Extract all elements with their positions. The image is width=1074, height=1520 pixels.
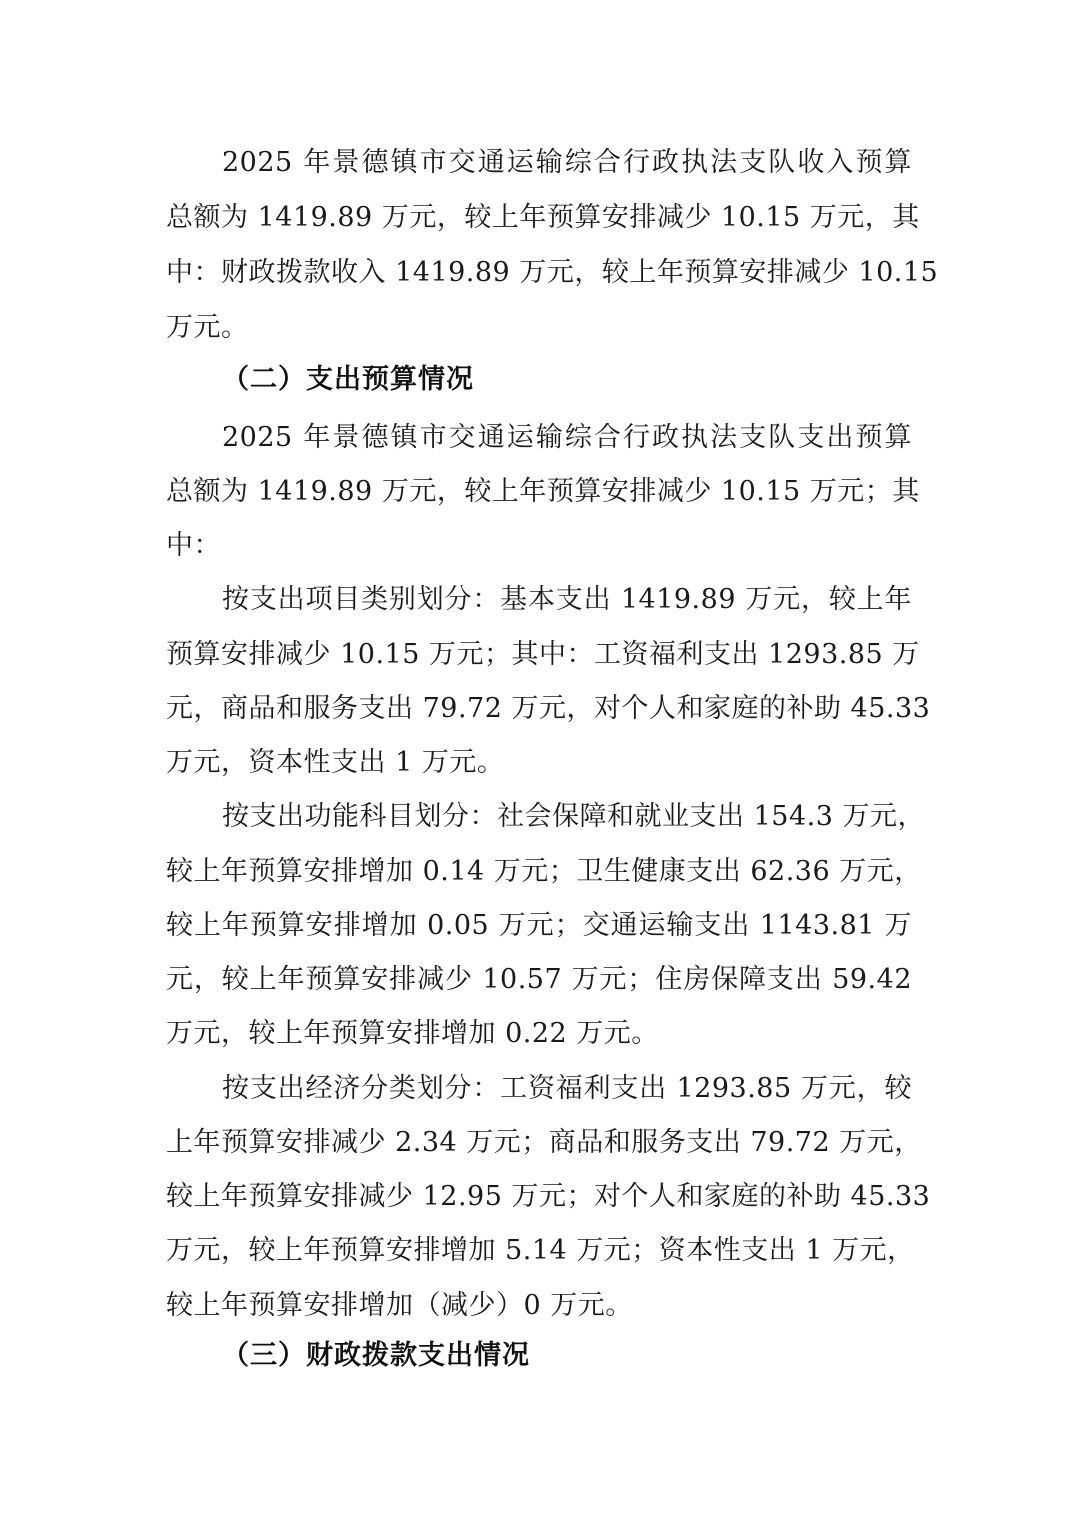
text-line: 万元，较上年预算安排增加 0.22 万元。 (166, 1014, 912, 1054)
text-line: 总额为 1419.89 万元，较上年预算安排减少 10.15 万元，其 (166, 198, 912, 238)
text-line: 元，较上年预算安排减少 10.57 万元；住房保障支出 59.42 (166, 960, 912, 1000)
text-line: 较上年预算安排增加 0.14 万元；卫生健康支出 62.36 万元， (166, 852, 912, 892)
text-line: 较上年预算安排减少 12.95 万元；对个人和家庭的补助 45.33 (166, 1177, 912, 1217)
text-line: 按支出功能科目划分：社会保障和就业支出 154.3 万元， (222, 797, 912, 837)
text-line: 预算安排减少 10.15 万元；其中：工资福利支出 1293.85 万 (166, 635, 912, 675)
text-line: 中： (166, 526, 912, 566)
document-page: 2025 年景德镇市交通运输综合行政执法支队收入预算 总额为 1419.89 万… (0, 0, 1074, 1520)
text-line: 上年预算安排减少 2.34 万元；商品和服务支出 79.72 万元， (166, 1123, 912, 1163)
text-line: 元，商品和服务支出 79.72 万元，对个人和家庭的补助 45.33 (166, 689, 912, 729)
text-line: 较上年预算安排增加 0.05 万元；交通运输支出 1143.81 万 (166, 906, 912, 946)
text-line: 中：财政拨款收入 1419.89 万元，较上年预算安排减少 10.15 (166, 253, 912, 293)
text-line: 较上年预算安排增加（减少）0 万元。 (166, 1286, 912, 1326)
text-line: 2025 年景德镇市交通运输综合行政执法支队支出预算 (222, 418, 912, 458)
section-heading-expenditure-budget: （二）支出预算情况 (222, 360, 474, 400)
text-line: 按支出经济分类划分：工资福利支出 1293.85 万元，较 (222, 1069, 912, 1109)
section-heading-fiscal-allocation-expenditure: （三）财政拨款支出情况 (222, 1336, 530, 1376)
text-line: 万元，较上年预算安排增加 5.14 万元；资本性支出 1 万元， (166, 1231, 912, 1271)
text-line: 万元，资本性支出 1 万元。 (166, 743, 912, 783)
text-line: 万元。 (166, 308, 912, 348)
text-line: 按支出项目类别划分：基本支出 1419.89 万元，较上年 (222, 580, 912, 620)
text-line: 2025 年景德镇市交通运输综合行政执法支队收入预算 (222, 143, 912, 183)
text-line: 总额为 1419.89 万元，较上年预算安排减少 10.15 万元；其 (166, 472, 912, 512)
